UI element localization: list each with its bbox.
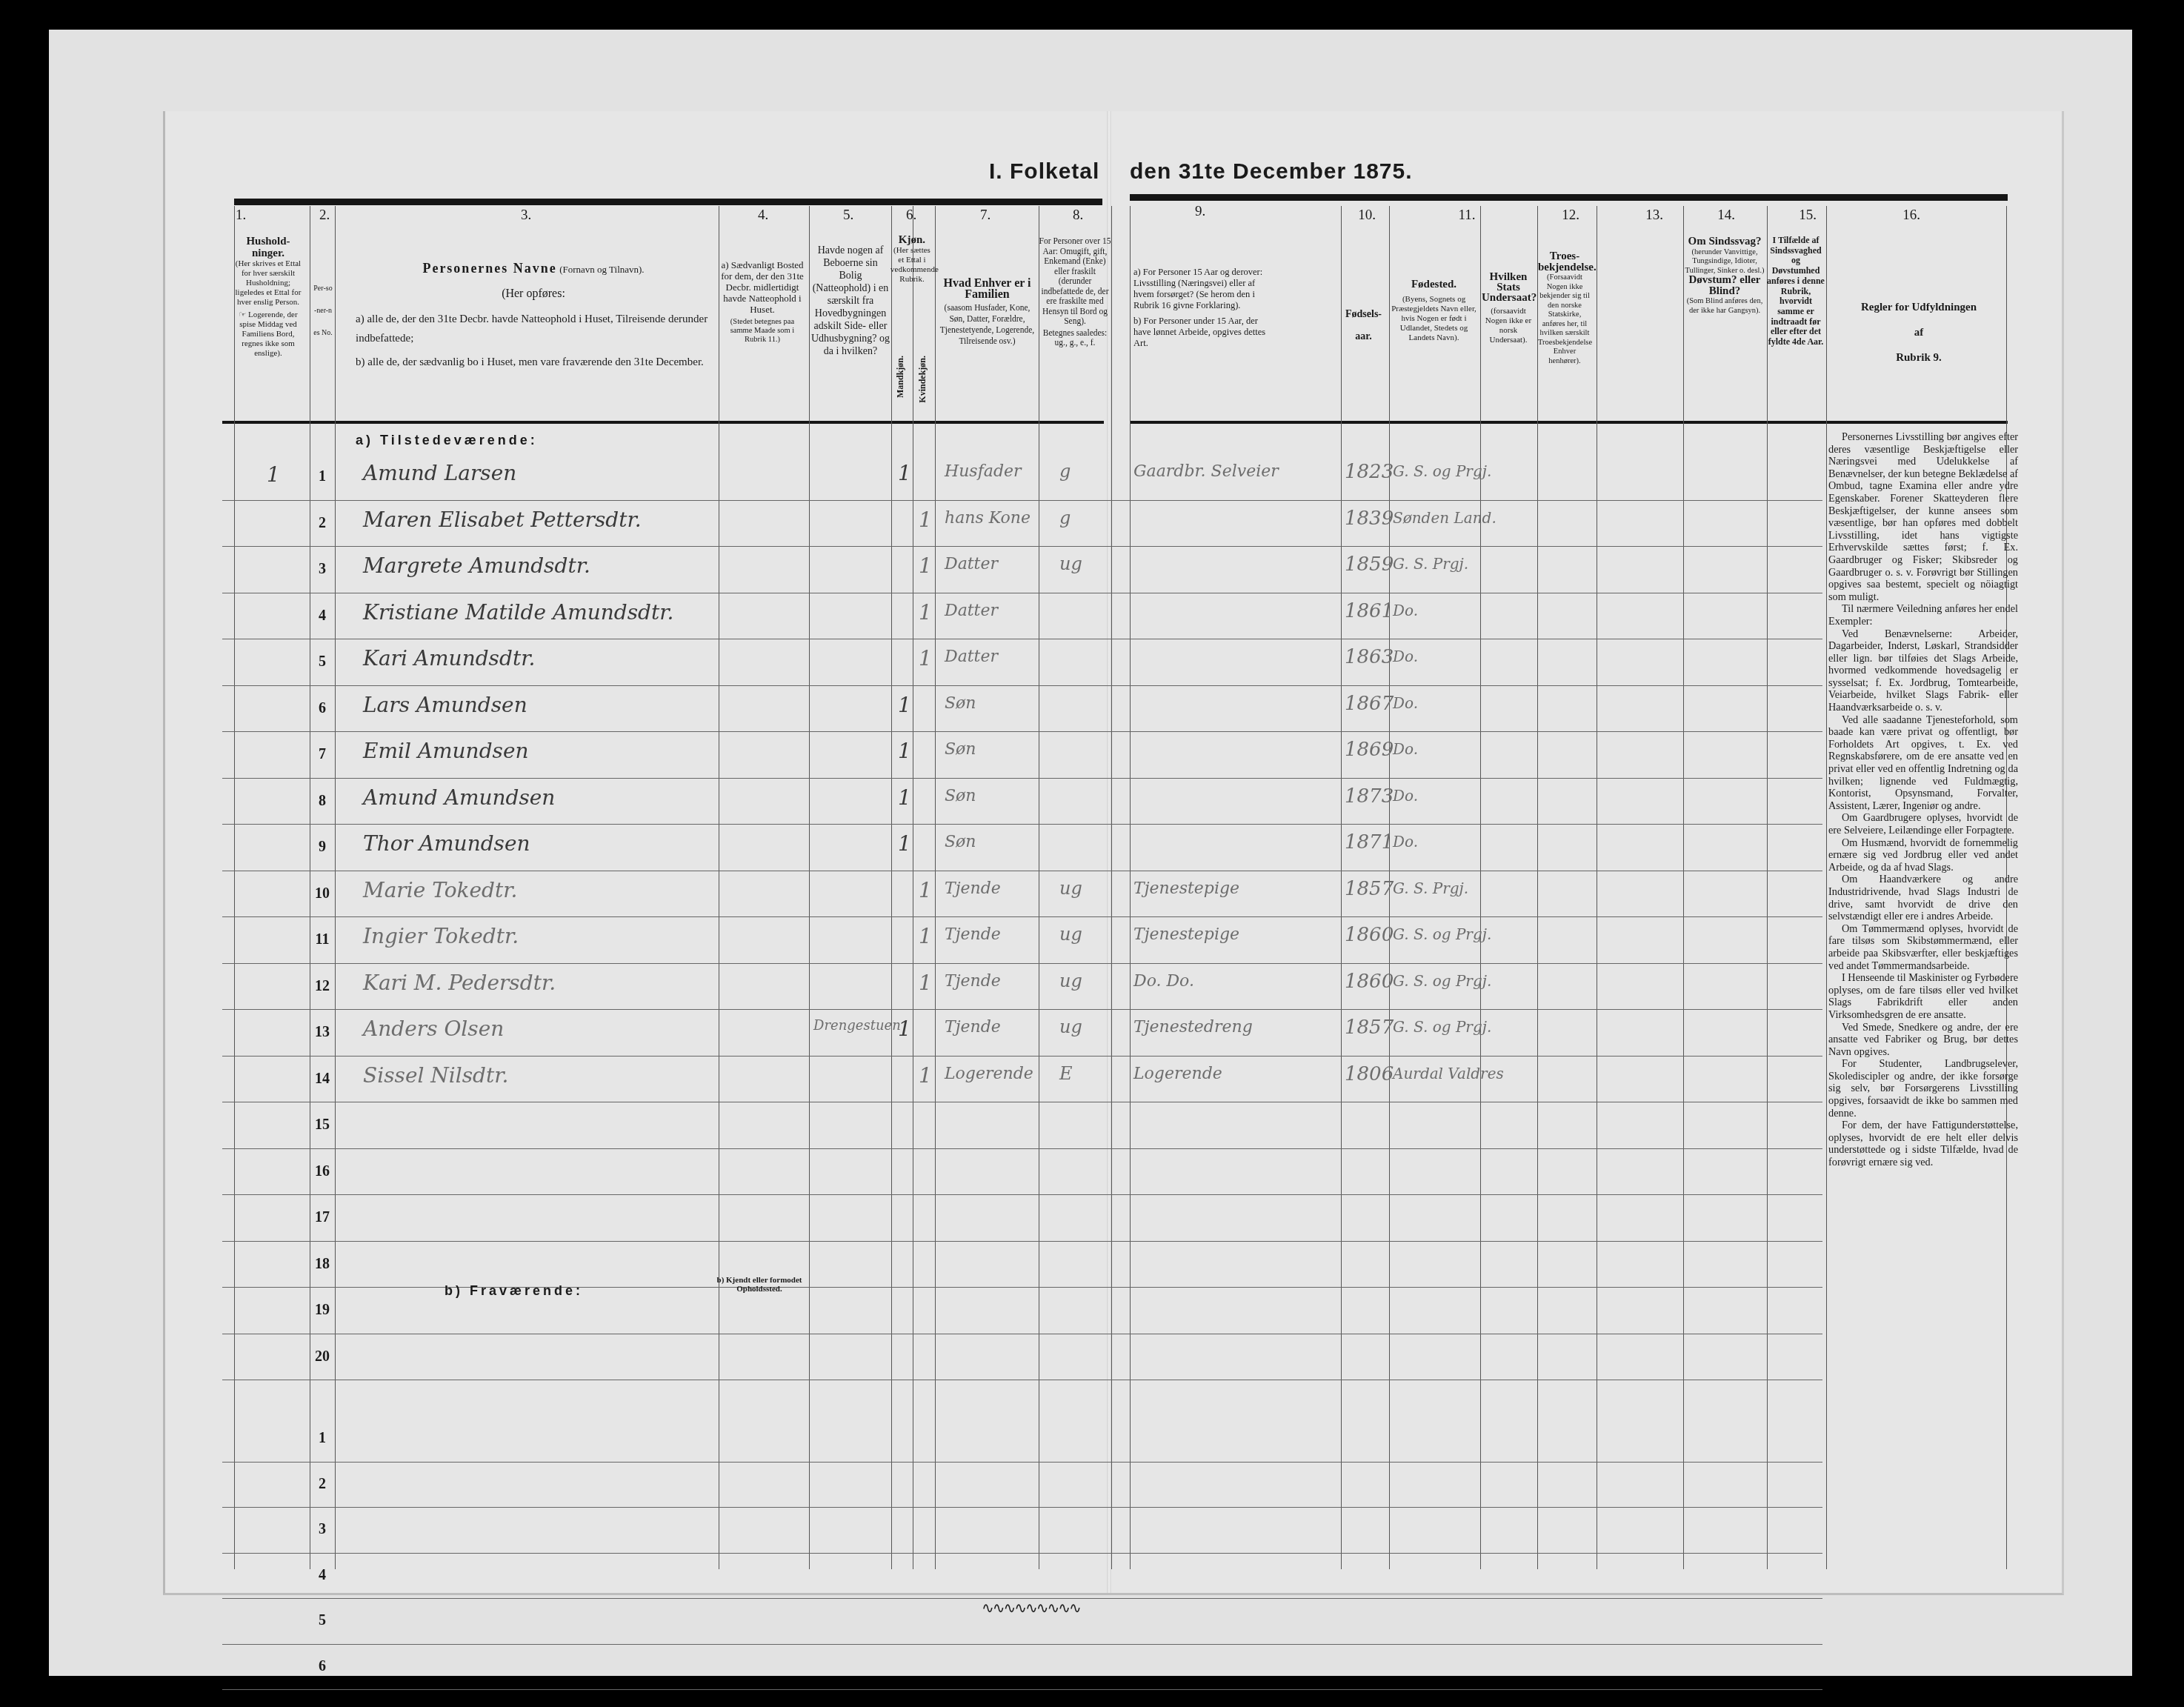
birthplace: Do.: [1393, 648, 1418, 665]
absent-row-number: 2: [311, 1476, 333, 1493]
row-number: 14: [311, 1071, 333, 1088]
birthplace: Do.: [1393, 833, 1418, 851]
row-number: 11: [311, 931, 333, 948]
row-number: 7: [311, 746, 333, 763]
col-num-12: 12.: [1556, 207, 1585, 224]
col-num-7: 7.: [971, 207, 1000, 224]
row-number: 9: [311, 839, 333, 856]
absent-row-line: [222, 1644, 1822, 1645]
column-line: [913, 206, 913, 1569]
column-line: [1341, 206, 1342, 1569]
header-bottom-rule-right: [1130, 421, 2008, 424]
row-number: 18: [311, 1256, 333, 1273]
col5-header: Havde nogen af Beboerne sin Bolig (Natte…: [810, 244, 890, 358]
person-name: Sissel Nilsdtr.: [363, 1063, 508, 1088]
col10-header: Fødsels-aar.: [1339, 304, 1388, 348]
family-role: Tjende: [945, 925, 1001, 944]
birth-year: 1860: [1345, 924, 1394, 946]
col-num-3: 3.: [511, 207, 541, 224]
col14-header: Om Sindssvag? (herunder Vanvittige, Tung…: [1684, 237, 1765, 316]
marital-status: E: [1059, 1063, 1073, 1084]
column-line: [1111, 206, 1112, 1569]
birth-year: 1863: [1345, 646, 1394, 668]
rule-paragraph: Om Haandværkere og andre Industridrivend…: [1828, 874, 2018, 922]
row-line: [222, 593, 1822, 593]
household-count: 1: [267, 462, 280, 487]
person-name: Lars Amundsen: [363, 693, 527, 717]
family-role: Søn: [945, 833, 976, 851]
sex-male: 1: [898, 1016, 911, 1041]
row-number: 8: [311, 793, 333, 810]
col6-male-label: Mandkjøn.: [895, 356, 910, 398]
marital-status: ug: [1059, 971, 1082, 991]
row-number: 15: [311, 1117, 333, 1134]
sex-female: 1: [919, 508, 932, 532]
birth-year: 1806: [1345, 1063, 1394, 1085]
family-role: Søn: [945, 787, 976, 805]
row-number: 10: [311, 885, 333, 902]
birthplace: Aurdal Valdres: [1393, 1065, 1504, 1082]
family-role: Tjende: [945, 972, 1001, 991]
occupation: Tjenestepige: [1133, 879, 1239, 898]
col-num-4: 4.: [748, 207, 778, 224]
occupation: Logerende: [1133, 1065, 1222, 1083]
person-name: Ingier Tokedtr.: [363, 924, 519, 948]
birth-year: 1860: [1345, 971, 1394, 993]
absent-location-header: b) Kjendt eller formodet Opholdssted.: [715, 1276, 804, 1294]
row-line: [222, 1194, 1822, 1195]
person-name: Amund Amundsen: [363, 785, 555, 810]
row-number: 16: [311, 1163, 333, 1180]
rule-paragraph: Ved alle saadanne Tjenesteforhold, som b…: [1828, 714, 2018, 813]
column-line: [891, 206, 892, 1569]
rule-paragraph: Om Gaardbrugere oplyses, hvorvidt de ere…: [1828, 812, 2018, 836]
person-name: Thor Amundsen: [363, 831, 530, 856]
col12-header: Hvilken Stats Undersaat? (forsaavidt Nog…: [1482, 273, 1535, 345]
family-role: Søn: [945, 740, 976, 759]
sex-male: 1: [898, 831, 911, 856]
rule-paragraph: Til nærmere Veiledning anføres her endel…: [1828, 603, 2018, 628]
row-line: [222, 1334, 1822, 1334]
row-number: 4: [311, 608, 333, 625]
person-name: Margrete Amundsdtr.: [363, 553, 590, 578]
absent-row-number: 4: [311, 1567, 333, 1584]
col2-header: Per-so-ner-nes No.: [313, 278, 333, 345]
column-line: [310, 206, 310, 1569]
row-line: [222, 963, 1822, 964]
birthplace: Do.: [1393, 740, 1418, 758]
rule-paragraph: Om Tømmermænd oplyses, hvorvidt de fare …: [1828, 923, 2018, 972]
birth-year: 1867: [1345, 693, 1394, 715]
person-name: Maren Elisabet Pettersdtr.: [363, 508, 642, 532]
col9-header: a) For Personer 15 Aar og derover: Livss…: [1133, 267, 1267, 349]
col6-female-label: Kvindekjøn.: [917, 356, 932, 403]
col-num-15: 15.: [1793, 207, 1822, 224]
birth-year: 1859: [1345, 553, 1394, 576]
family-role: Datter: [945, 602, 998, 620]
col13-header: Troes-bekjendelse. (Forsaavidt Nogen ikk…: [1538, 252, 1591, 366]
row-line: [222, 1102, 1822, 1102]
sex-female: 1: [919, 878, 932, 902]
col-num-1: 1.: [226, 207, 256, 224]
person-name: Amund Larsen: [363, 461, 516, 485]
title-right: den 31te December 1875.: [1130, 159, 1413, 184]
column-line: [935, 206, 936, 1569]
row-line: [222, 1056, 1822, 1057]
rule-paragraph: Ved Benævnelserne: Arbeider, Dagarbeider…: [1828, 628, 2018, 714]
rule-paragraph: Om Husmænd, hvorvidt de fornemmelig ernæ…: [1828, 837, 2018, 874]
occupation: Tjenestepige: [1133, 925, 1239, 944]
person-name: Kari M. Pedersdtr.: [363, 971, 556, 995]
birth-year: 1873: [1345, 785, 1394, 808]
birth-year: 1871: [1345, 831, 1394, 853]
family-role: Husfader: [945, 462, 1022, 481]
absent-row-line: [222, 1689, 1822, 1690]
absent-row-line: [222, 1507, 1822, 1508]
column-line: [809, 206, 810, 1569]
row-line: [222, 824, 1822, 825]
sex-male: 1: [898, 785, 911, 810]
birthplace: G. S. og Prgj.: [1393, 925, 1491, 943]
row-number: 3: [311, 561, 333, 578]
birthplace: Do.: [1393, 602, 1418, 619]
sex-female: 1: [919, 646, 932, 671]
family-role: Tjende: [945, 1018, 1001, 1036]
family-role: hans Kone: [945, 509, 1031, 528]
row-line: [222, 685, 1822, 686]
occupation: Gaardbr. Selveier: [1133, 462, 1279, 481]
column-line: [1597, 206, 1597, 1569]
marital-status: ug: [1059, 924, 1082, 945]
family-role: Logerende: [945, 1065, 1033, 1083]
sex-female: 1: [919, 600, 932, 625]
sex-female: 1: [919, 924, 932, 948]
row-line: [222, 500, 1822, 501]
col6-header: Kjøn. (Her sættes et Ettal i vedkommende…: [890, 236, 933, 284]
col1-header: Hushold-ninger. (Her skrives et Ettal fo…: [231, 236, 305, 359]
col7-header: Hvad Enhver er i Familien (saasom Husfad…: [937, 278, 1037, 347]
family-role: Datter: [945, 555, 998, 573]
row-number: 5: [311, 653, 333, 671]
rules-text: Personernes Livsstilling bør angives eft…: [1828, 431, 2018, 1169]
birth-year: 1857: [1345, 1016, 1394, 1039]
column-line: [1537, 206, 1538, 1569]
row-line: [222, 1380, 1822, 1380]
person-name: Anders Olsen: [363, 1016, 504, 1041]
occupation: Tjenestedreng: [1133, 1018, 1253, 1036]
rule-paragraph: For dem, der have Fattigunderstøttelse, …: [1828, 1119, 2018, 1168]
row-line: [222, 778, 1822, 779]
sex-male: 1: [898, 693, 911, 717]
row-line: [222, 1241, 1822, 1242]
row-line: [222, 916, 1822, 917]
row-number: 19: [311, 1302, 333, 1319]
section-present: a) Tilstedeværende:: [356, 433, 538, 448]
col4-header: a) Sædvanligt Bosted for dem, der den 31…: [719, 259, 806, 345]
column-line: [335, 206, 336, 1569]
row-line: [222, 731, 1822, 732]
birth-year: 1869: [1345, 739, 1394, 761]
column-line: [1130, 206, 1131, 1569]
rule-paragraph: Personernes Livsstilling bør angives eft…: [1828, 431, 2018, 603]
row-line: [222, 1009, 1822, 1010]
col8-header: For Personer over 15 Aar: Omugift, gift,…: [1039, 237, 1111, 349]
row-line: [222, 546, 1822, 547]
col-num-8: 8.: [1063, 207, 1093, 224]
column-line: [1826, 206, 1827, 1569]
birthplace: G. S. og Prgj.: [1393, 1018, 1491, 1036]
sex-male: 1: [898, 739, 911, 763]
family-role: Søn: [945, 694, 976, 713]
row-number: 20: [311, 1348, 333, 1365]
birth-year: 1839: [1345, 508, 1394, 530]
birthplace: G. S. og Prgj.: [1393, 462, 1491, 480]
birthplace: Sønden Land.: [1393, 509, 1496, 527]
absent-row-number: 1: [311, 1430, 333, 1447]
col11-header: Fødested. (Byens, Sognets og Præstegjeld…: [1391, 280, 1476, 343]
absent-row-number: 6: [311, 1658, 333, 1675]
birthplace: G. S. Prgj.: [1393, 555, 1468, 573]
header-rule-right: [1130, 194, 2008, 201]
sex-female: 1: [919, 1063, 932, 1088]
person-name: Kari Amundsdtr.: [363, 646, 535, 671]
row-number: 13: [311, 1024, 333, 1041]
birth-year: 1857: [1345, 878, 1394, 900]
outbuilding: Drengestuen: [813, 1018, 901, 1034]
title-left: I. Folketal: [989, 159, 1099, 184]
absent-row-number: 3: [311, 1521, 333, 1538]
col-num-9: 9.: [1185, 204, 1215, 220]
sex-male: 1: [898, 461, 911, 485]
birthplace: G. S. Prgj.: [1393, 879, 1468, 897]
person-name: Kristiane Matilde Amundsdtr.: [363, 600, 673, 625]
birthplace: Do.: [1393, 787, 1418, 805]
sex-female: 1: [919, 971, 932, 995]
birthplace: Do.: [1393, 694, 1418, 712]
marital-status: ug: [1059, 878, 1082, 899]
row-number: 12: [311, 978, 333, 995]
col-num-11: 11.: [1452, 207, 1482, 224]
row-number: 1: [311, 468, 333, 485]
col-num-13: 13.: [1639, 207, 1669, 224]
row-number: 17: [311, 1209, 333, 1226]
row-line: [222, 871, 1822, 871]
column-line: [1480, 206, 1481, 1569]
marital-status: ug: [1059, 553, 1082, 574]
marital-status: g: [1059, 461, 1071, 482]
column-line: [719, 206, 719, 1569]
column-line: [1039, 206, 1039, 1569]
archive-stamp-mark: ∿∿∿∿∿∿∿∿∿: [982, 1599, 1080, 1617]
family-role: Tjende: [945, 879, 1001, 898]
column-line: [234, 206, 235, 1569]
col16-header: Regler for Udfyldningen af Rubrik 9.: [1830, 295, 2008, 370]
col-num-2: 2.: [317, 207, 332, 224]
section-absent: b) Fraværende:: [445, 1283, 583, 1299]
column-line: [1767, 206, 1768, 1569]
col-num-16: 16.: [1897, 207, 1926, 224]
marital-status: g: [1059, 508, 1071, 528]
column-line: [1683, 206, 1684, 1569]
birth-year: 1823: [1345, 461, 1394, 483]
birthplace: G. S. og Prgj.: [1393, 972, 1491, 990]
header-bottom-rule-left: [222, 421, 1104, 424]
col-num-10: 10.: [1352, 207, 1382, 224]
row-number: 2: [311, 515, 333, 532]
row-line: [222, 639, 1822, 639]
col-num-6: 6.: [896, 207, 926, 224]
absent-row-number: 5: [311, 1612, 333, 1629]
col-num-5: 5.: [833, 207, 863, 224]
rule-paragraph: I Henseende til Maskinister og Fyrbødere…: [1828, 972, 2018, 1021]
absent-row-line: [222, 1462, 1822, 1463]
rule-paragraph: For Studenter, Landbrugselever, Skoledis…: [1828, 1058, 2018, 1119]
absent-row-line: [222, 1553, 1822, 1554]
col3-header: Personernes Navne (Fornavn og Tilnavn). …: [348, 263, 719, 372]
person-name: Emil Amundsen: [363, 739, 529, 763]
rule-paragraph: Ved Smede, Snedkere og andre, der ere an…: [1828, 1022, 2018, 1059]
sex-female: 1: [919, 553, 932, 578]
family-role: Datter: [945, 648, 998, 666]
row-line: [222, 1148, 1822, 1149]
col-num-14: 14.: [1711, 207, 1741, 224]
row-number: 6: [311, 700, 333, 717]
person-name: Marie Tokedtr.: [363, 878, 517, 902]
occupation: Do. Do.: [1133, 972, 1194, 991]
col15-header: I Tilfælde af Sindssvaghed og Døvstumhed…: [1767, 236, 1825, 347]
birth-year: 1861: [1345, 600, 1394, 622]
marital-status: ug: [1059, 1016, 1082, 1037]
header-rule-left: [234, 199, 1102, 205]
